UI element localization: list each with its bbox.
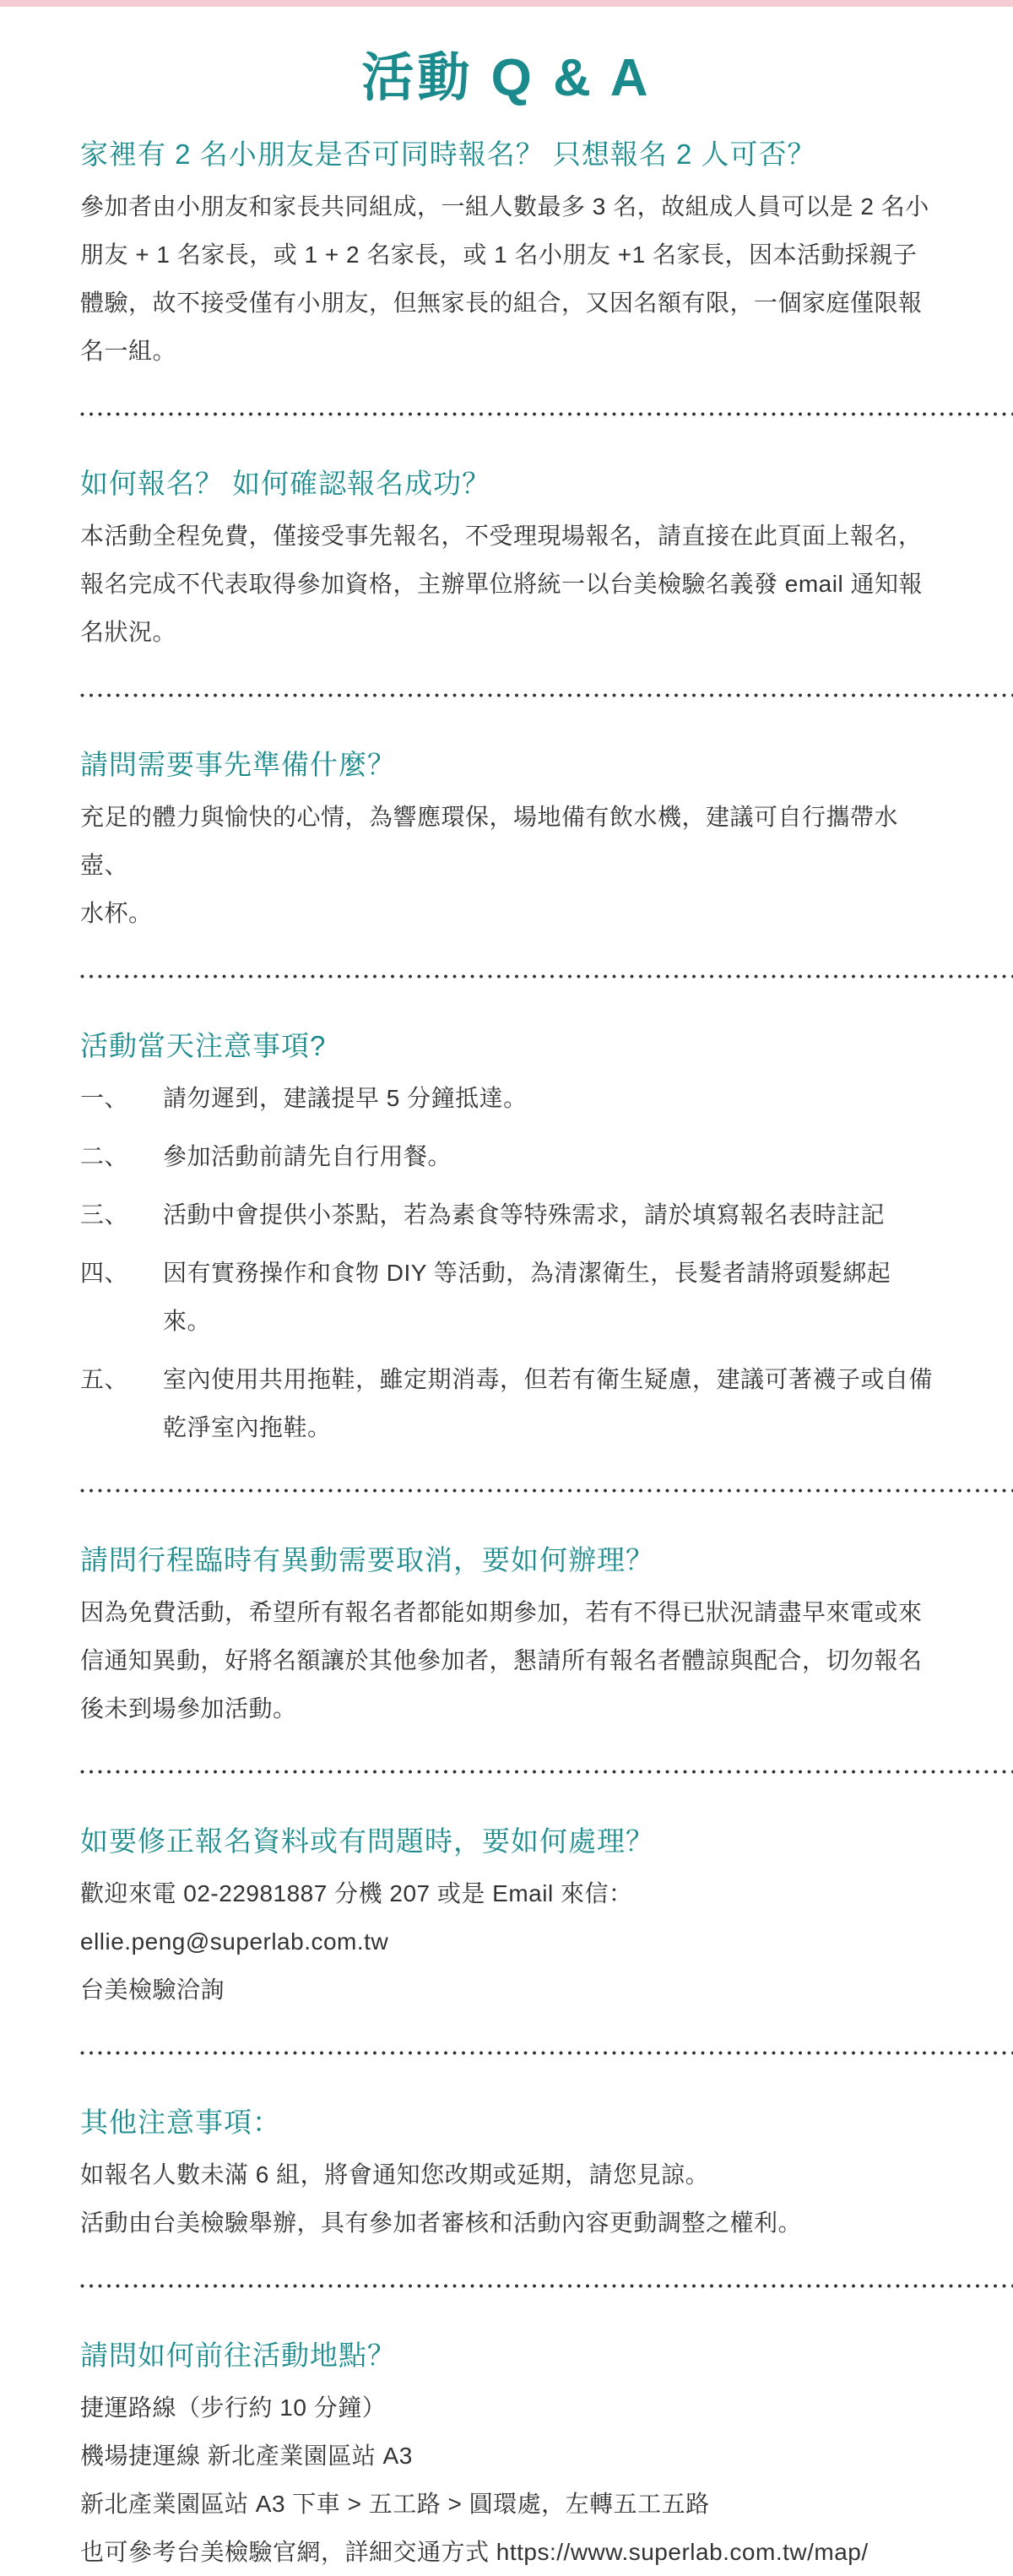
answer-line: 因為免費活動，希望所有報名者都能如期參加，若有不得已狀況請盡早來電或來 bbox=[80, 1588, 933, 1636]
dotted-separator bbox=[80, 693, 1013, 697]
answer-line: 名一組。 bbox=[80, 327, 933, 375]
list-item-number: 四、 bbox=[80, 1249, 163, 1345]
list-item-number: 三、 bbox=[80, 1190, 163, 1239]
answer-line: 體驗，故不接受僅有小朋友，但無家長的組合，又因名額有限，一個家庭僅限報 bbox=[80, 279, 933, 327]
list-item-text: 請勿遲到，建議提早 5 分鐘抵達。 bbox=[163, 1074, 933, 1122]
qa-section-event-day-notes: 活動當天注意事項? 一、 請勿遲到，建議提早 5 分鐘抵達。 二、 參加活動前請… bbox=[0, 1024, 1013, 1451]
list-item: 五、 室內使用共用拖鞋，雖定期消毒，但若有衛生疑慮，建議可著襪子或自備乾淨室內拖… bbox=[80, 1355, 933, 1451]
answer-line: 捷運路線（步行約 10 分鐘） bbox=[80, 2383, 933, 2432]
answer: 捷運路線（步行約 10 分鐘） 機場捷運線 新北產業園區站 A3 新北產業園區站… bbox=[80, 2383, 933, 2576]
qa-section-other-notes: 其他注意事項： 如報名人數未滿 6 組，將會通知您改期或延期，請您見諒。 活動由… bbox=[0, 2101, 1013, 2247]
dotted-separator bbox=[80, 412, 1013, 416]
list-item-text: 室內使用共用拖鞋，雖定期消毒，但若有衛生疑慮，建議可著襪子或自備乾淨室內拖鞋。 bbox=[163, 1355, 933, 1451]
qa-section-cancellation: 請問行程臨時有異動需要取消，要如何辦理？ 因為免費活動，希望所有報名者都能如期參… bbox=[0, 1538, 1013, 1733]
page-title: 活動 Q & A bbox=[0, 35, 1013, 111]
answer-line: 活動由台美檢驗舉辦，具有參加者審核和活動內容更動調整之權利。 bbox=[80, 2199, 933, 2247]
answer-line: 如報名人數未滿 6 組，將會通知您改期或延期，請您見諒。 bbox=[80, 2150, 933, 2199]
answer-line: 新北產業園區站 A3 下車 > 五工路 > 圓環處，左轉五工五路 bbox=[80, 2480, 933, 2528]
answer-line: 也可參考台美檢驗官網，詳細交通方式 https://www.superlab.c… bbox=[80, 2528, 933, 2576]
list-item: 四、 因有實務操作和食物 DIY 等活動，為清潔衛生，長髮者請將頭髮綁起來。 bbox=[80, 1249, 933, 1345]
list-item-text: 因有實務操作和食物 DIY 等活動，為清潔衛生，長髮者請將頭髮綁起來。 bbox=[163, 1249, 933, 1345]
list-item-text: 參加活動前請先自行用餐。 bbox=[163, 1132, 933, 1180]
answer-line: 本活動全程免費，僅接受事先報名，不受理現場報名，請直接在此頁面上報名， bbox=[80, 512, 933, 560]
answer-line: 後未到場參加活動。 bbox=[80, 1684, 933, 1733]
question-heading: 家裡有 2 名小朋友是否可同時報名？ 只想報名 2 人可否？ bbox=[80, 133, 933, 172]
answer: 如報名人數未滿 6 組，將會通知您改期或延期，請您見諒。 活動由台美檢驗舉辦，具… bbox=[80, 2150, 933, 2247]
list-item: 三、 活動中會提供小茶點，若為素食等特殊需求，請於填寫報名表時註記 bbox=[80, 1190, 933, 1239]
map-url-link[interactable]: https://www.superlab.com.tw/map/ bbox=[496, 2539, 869, 2565]
question-heading: 活動當天注意事項? bbox=[80, 1024, 933, 1064]
dotted-separator bbox=[80, 2051, 1013, 2055]
answer-line: 機場捷運線 新北產業園區站 A3 bbox=[80, 2432, 933, 2480]
answer-line: 歡迎來電 02-22981887 分機 207 或是 Email 來信：elli… bbox=[80, 1869, 933, 1966]
answer-line: 朋友 + 1 名家長，或 1 + 2 名家長，或 1 名小朋友 +1 名家長，因… bbox=[80, 230, 933, 279]
contact-phone-text: 歡迎來電 02-22981887 分機 207 或是 Email 來信： bbox=[80, 1880, 632, 1906]
question-heading: 其他注意事項： bbox=[80, 2101, 933, 2140]
answer-line: 台美檢驗洽詢 bbox=[80, 1966, 933, 2014]
answer-line: 充足的體力與愉快的心情，為響應環保，場地備有飲水機，建議可自行攜帶水壺、 bbox=[80, 793, 933, 889]
list-item: 一、 請勿遲到，建議提早 5 分鐘抵達。 bbox=[80, 1074, 933, 1122]
answer: 充足的體力與愉快的心情，為響應環保，場地備有飲水機，建議可自行攜帶水壺、 水杯。 bbox=[80, 793, 933, 937]
answer-line: 參加者由小朋友和家長共同組成，一組人數最多 3 名，故組成人員可以是 2 名小 bbox=[80, 182, 933, 230]
qa-section-directions: 請問如何前往活動地點？ 捷運路線（步行約 10 分鐘） 機場捷運線 新北產業園區… bbox=[0, 2334, 1013, 2576]
list-item: 二、 參加活動前請先自行用餐。 bbox=[80, 1132, 933, 1180]
answer: 本活動全程免費，僅接受事先報名，不受理現場報名，請直接在此頁面上報名， 報名完成… bbox=[80, 512, 933, 656]
qa-section-preparation: 請問需要事先準備什麼？ 充足的體力與愉快的心情，為響應環保，場地備有飲水機，建議… bbox=[0, 743, 1013, 937]
answer: 一、 請勿遲到，建議提早 5 分鐘抵達。 二、 參加活動前請先自行用餐。 三、 … bbox=[80, 1074, 933, 1451]
question-heading: 請問需要事先準備什麼？ bbox=[80, 743, 933, 783]
list-item-number: 二、 bbox=[80, 1132, 163, 1180]
qa-section-modify-registration: 如要修正報名資料或有問題時，要如何處理？ 歡迎來電 02-22981887 分機… bbox=[0, 1819, 1013, 2014]
answer: 參加者由小朋友和家長共同組成，一組人數最多 3 名，故組成人員可以是 2 名小 … bbox=[80, 182, 933, 375]
answer-line: 報名完成不代表取得參加資格，主辦單位將統一以台美檢驗名義發 email 通知報 bbox=[80, 560, 933, 608]
question-heading: 如何報名？ 如何確認報名成功？ bbox=[80, 462, 933, 502]
dotted-separator bbox=[80, 974, 1013, 979]
dotted-separator bbox=[80, 1770, 1013, 1774]
dotted-separator bbox=[80, 2284, 1013, 2288]
list-item-number: 一、 bbox=[80, 1074, 163, 1122]
list-item-text: 活動中會提供小茶點，若為素食等特殊需求，請於填寫報名表時註記 bbox=[163, 1190, 933, 1239]
top-accent-bar bbox=[0, 0, 1013, 7]
question-heading: 如要修正報名資料或有問題時，要如何處理？ bbox=[80, 1819, 933, 1859]
map-info-text: 也可參考台美檢驗官網，詳細交通方式 bbox=[80, 2539, 496, 2565]
qa-section-multiple-children: 家裡有 2 名小朋友是否可同時報名？ 只想報名 2 人可否？ 參加者由小朋友和家… bbox=[0, 133, 1013, 375]
answer: 歡迎來電 02-22981887 分機 207 或是 Email 來信：elli… bbox=[80, 1869, 933, 2014]
answer: 因為免費活動，希望所有報名者都能如期參加，若有不得已狀況請盡早來電或來 信通知異… bbox=[80, 1588, 933, 1733]
qa-section-how-to-register: 如何報名？ 如何確認報名成功？ 本活動全程免費，僅接受事先報名，不受理現場報名，… bbox=[0, 462, 1013, 656]
contact-email-link[interactable]: ellie.peng@superlab.com.tw bbox=[80, 1928, 388, 1955]
dotted-separator bbox=[80, 1489, 1013, 1493]
answer-line: 信通知異動，好將名額讓於其他參加者，懇請所有報名者體諒與配合，切勿報名 bbox=[80, 1636, 933, 1684]
answer-line: 名狀況。 bbox=[80, 608, 933, 656]
question-heading: 請問行程臨時有異動需要取消，要如何辦理？ bbox=[80, 1538, 933, 1578]
answer-line: 水杯。 bbox=[80, 889, 933, 937]
question-heading: 請問如何前往活動地點？ bbox=[80, 2334, 933, 2373]
list-item-number: 五、 bbox=[80, 1355, 163, 1451]
